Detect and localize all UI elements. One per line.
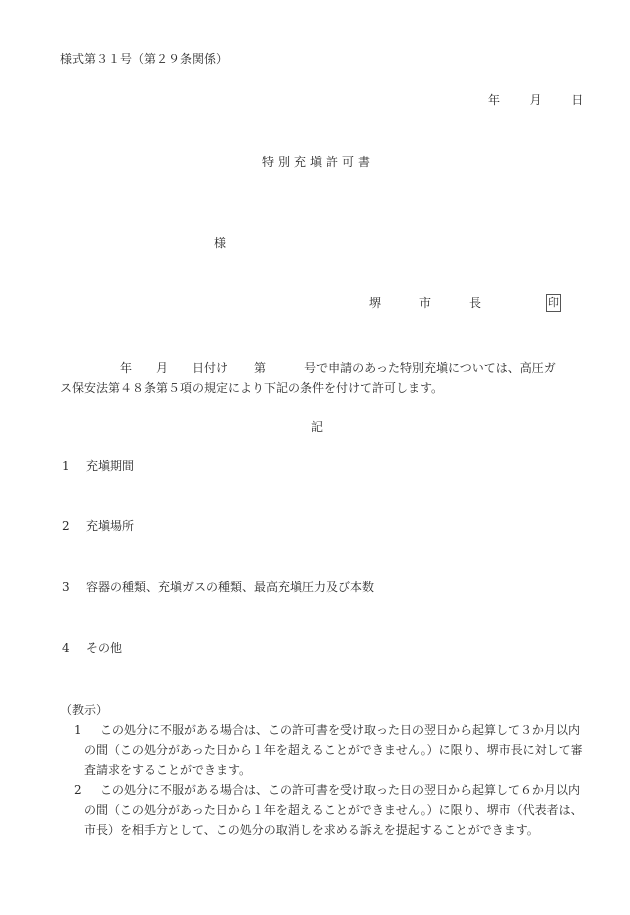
instruction-line: の間（この処分があった日から１年を超えることができません。）に限り、堺市長に対し… [82,740,604,760]
instruction-line: この処分に不服がある場合は、この許可書を受け取った日の翌日から起算して３か月以内 [82,720,604,740]
item-number: 2 [62,518,86,534]
instruction-number: 1 [74,720,82,740]
addressee-suffix: 様 [214,235,226,251]
instruction-number: 2 [74,780,82,800]
form-number: 様式第３１号（第２９条関係） [60,51,228,67]
date-month-label: 月 [530,92,542,108]
instruction-line: この処分に不服がある場合は、この許可書を受け取った日の翌日から起算して６か月以内 [82,780,604,800]
instruction-line: 市長）を相手方として、この処分の取消しを求める訴えを提起することができます。 [82,820,604,840]
ki-heading: 記 [311,419,323,435]
item-number: 4 [62,640,86,656]
body-line-1: 年月日付け第号で申請のあった特別充塡については、高圧ガ [60,358,590,378]
body-dai: 第 [254,361,266,375]
body-year: 年 [120,361,132,375]
mayor-title: 堺 市 長 [369,296,494,310]
instructions-section: （教示） 1 この処分に不服がある場合は、この許可書を受け取った日の翌日から起算… [64,700,604,840]
condition-item: 1充塡期間 [62,458,134,474]
instruction-line: の間（この処分があった日から１年を超えることができません。）に限り、堺市（代表者… [82,800,604,820]
item-number: 3 [62,579,86,595]
body-month: 月 [156,361,168,375]
instructions-heading: （教示） [60,700,604,720]
body-line-2: ス保安法第４８条第５項の規定により下記の条件を付けて許可します。 [60,378,590,398]
body-paragraph: 年月日付け第号で申請のあった特別充塡については、高圧ガ ス保安法第４８条第５項の… [60,358,590,398]
condition-item: 4その他 [62,640,122,656]
seal-mark: 印 [546,294,561,312]
instruction-line: 査請求をすることができます。 [82,760,604,780]
item-label: 充塡期間 [86,459,134,473]
issue-date: 年 月 日 [488,92,583,108]
instruction-item: 1 この処分に不服がある場合は、この許可書を受け取った日の翌日から起算して３か月… [64,720,604,780]
item-label: 容器の種類、充塡ガスの種類、最高充塡圧力及び本数 [86,580,374,594]
date-day-label: 日 [571,92,583,108]
issuer-name: 堺 市 長 [369,295,494,311]
condition-item: 2充塡場所 [62,518,134,534]
instruction-item: 2 この処分に不服がある場合は、この許可書を受け取った日の翌日から起算して６か月… [64,780,604,840]
document-title: 特別充塡許可書 [262,154,374,170]
body-day-dated: 日付け [192,361,228,375]
date-year-label: 年 [488,92,500,108]
body-rest: 号で申請のあった特別充塡については、高圧ガ [304,361,556,375]
item-number: 1 [62,458,86,474]
item-label: その他 [86,641,122,655]
item-label: 充塡場所 [86,519,134,533]
condition-item: 3容器の種類、充塡ガスの種類、最高充塡圧力及び本数 [62,579,374,595]
